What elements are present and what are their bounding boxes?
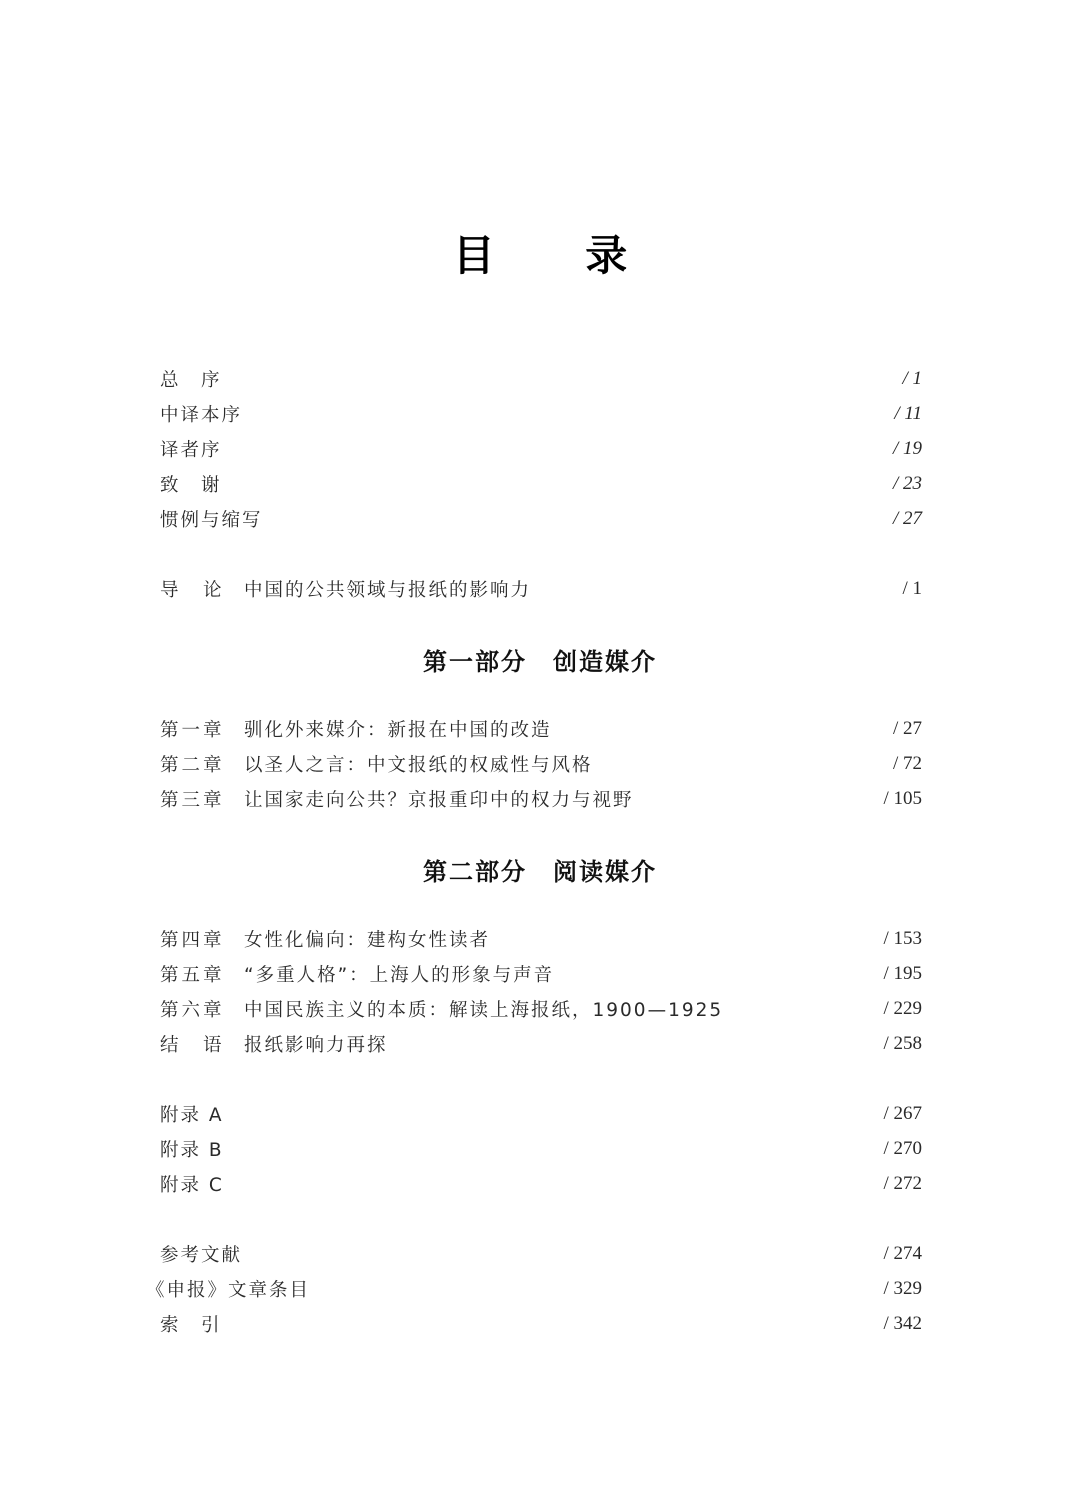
entry-page: / 258 xyxy=(883,1033,922,1055)
chapter-number: 第六章 xyxy=(160,996,244,1022)
chapter-title: 报纸影响力再探 xyxy=(244,1031,388,1057)
chapter-title: 驯化外来媒介：新报在中国的改造 xyxy=(244,716,552,742)
toc-entry-chapter-2[interactable]: 第二章 以圣人之言：中文报纸的权威性与风格 / 72 xyxy=(160,749,922,779)
toc-entry-chinese-preface[interactable]: 中译本序 / 11 xyxy=(160,399,922,429)
chapter-number: 第三章 xyxy=(160,786,244,812)
entry-page: / 267 xyxy=(883,1103,922,1125)
entry-page: / 27 xyxy=(893,508,922,530)
entry-label: 致 谢 xyxy=(160,471,222,497)
entry-page: / 27 xyxy=(893,718,922,740)
toc-entry-chapter-4[interactable]: 第四章 女性化偏向：建构女性读者 / 153 xyxy=(160,924,922,954)
toc-entry-appendix-a[interactable]: 附录 A / 267 xyxy=(160,1099,922,1129)
entry-page: / 23 xyxy=(893,473,922,495)
toc-entry-acknowledgements[interactable]: 致 谢 / 23 xyxy=(160,469,922,499)
chapter-number: 第二章 xyxy=(160,751,244,777)
page-title: 目 录 xyxy=(0,226,1080,286)
toc-entry-conventions[interactable]: 惯例与缩写 / 27 xyxy=(160,504,922,534)
entry-page: / 329 xyxy=(883,1278,922,1300)
entry-page: / 105 xyxy=(883,788,922,810)
chapter-number: 第五章 xyxy=(160,961,244,987)
entry-page: / 19 xyxy=(893,438,922,460)
entry-page: / 229 xyxy=(883,998,922,1020)
entry-page: / 11 xyxy=(894,403,922,425)
chapter-title: “多重人格”：上海人的形象与声音 xyxy=(244,961,554,987)
chapter-title: 中国民族主义的本质：解读上海报纸，1900—1925 xyxy=(244,996,723,1022)
entry-label: 惯例与缩写 xyxy=(160,506,263,532)
chapter-title: 以圣人之言：中文报纸的权威性与风格 xyxy=(244,751,593,777)
entry-page: / 274 xyxy=(883,1243,922,1265)
toc-entry-index[interactable]: 索 引 / 342 xyxy=(160,1309,922,1339)
part-heading: 第二部分 阅读媒介 xyxy=(0,852,1080,887)
entry-label: 附录 B xyxy=(160,1136,224,1162)
chapter-number: 结 语 xyxy=(160,1031,244,1057)
toc-entry-translator-preface[interactable]: 译者序 / 19 xyxy=(160,434,922,464)
entry-label: 总 序 xyxy=(160,366,222,392)
toc-entry-bibliography[interactable]: 参考文献 / 274 xyxy=(160,1239,922,1269)
entry-page: / 195 xyxy=(883,963,922,985)
entry-label: 参考文献 xyxy=(160,1241,242,1267)
entry-label: 中译本序 xyxy=(160,401,242,427)
toc-entry-introduction[interactable]: 导 论 中国的公共领域与报纸的影响力 / 1 xyxy=(160,574,922,604)
toc-entry-chapter-5[interactable]: 第五章 “多重人格”：上海人的形象与声音 / 195 xyxy=(160,959,922,989)
chapter-number: 第一章 xyxy=(160,716,244,742)
part-heading: 第一部分 创造媒介 xyxy=(0,642,1080,677)
entry-page: / 272 xyxy=(883,1173,922,1195)
toc-entry-chapter-6[interactable]: 第六章 中国民族主义的本质：解读上海报纸，1900—1925 / 229 xyxy=(160,994,922,1024)
entry-page: / 270 xyxy=(883,1138,922,1160)
toc-entry-chapter-3[interactable]: 第三章 让国家走向公共？京报重印中的权力与视野 / 105 xyxy=(160,784,922,814)
entry-page: / 153 xyxy=(883,928,922,950)
entry-page: / 342 xyxy=(883,1313,922,1335)
toc-entry-conclusion[interactable]: 结 语 报纸影响力再探 / 258 xyxy=(160,1029,922,1059)
chapter-title: 中国的公共领域与报纸的影响力 xyxy=(244,576,531,602)
chapter-title: 让国家走向公共？京报重印中的权力与视野 xyxy=(244,786,634,812)
entry-label: 《申报》文章条目 xyxy=(146,1276,310,1302)
chapter-number: 导 论 xyxy=(160,576,244,602)
entry-page: / 1 xyxy=(902,578,922,600)
entry-page: / 1 xyxy=(902,368,922,390)
entry-label: 附录 C xyxy=(160,1171,224,1197)
entry-label: 译者序 xyxy=(160,436,222,462)
toc-entry-shenbao-articles[interactable]: 《申报》文章条目 / 329 xyxy=(160,1274,922,1304)
toc-entry-appendix-b[interactable]: 附录 B / 270 xyxy=(160,1134,922,1164)
toc-entry-appendix-c[interactable]: 附录 C / 272 xyxy=(160,1169,922,1199)
toc-entry-chapter-1[interactable]: 第一章 驯化外来媒介：新报在中国的改造 / 27 xyxy=(160,714,922,744)
entry-label: 索 引 xyxy=(160,1311,222,1337)
entry-label: 附录 A xyxy=(160,1101,224,1127)
entry-page: / 72 xyxy=(893,753,922,775)
chapter-title: 女性化偏向：建构女性读者 xyxy=(244,926,490,952)
toc-entry-general-preface[interactable]: 总 序 / 1 xyxy=(160,364,922,394)
chapter-number: 第四章 xyxy=(160,926,244,952)
